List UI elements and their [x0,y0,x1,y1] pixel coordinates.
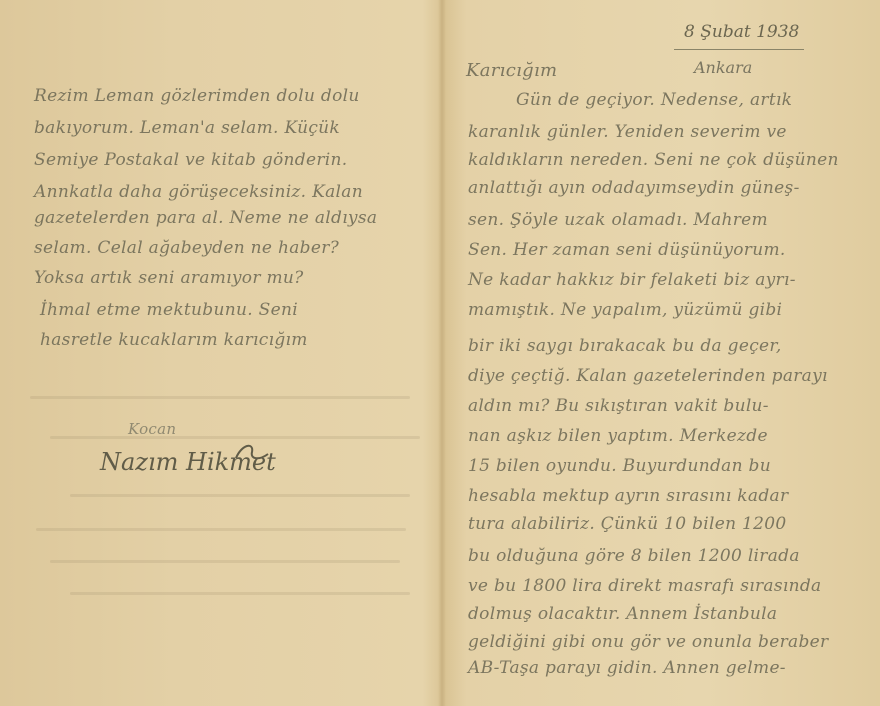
right-line-15: tura alabiliriz. Çünkü 10 bilen 1200 [468,514,787,534]
right-line-8: mamıştık. Ne yapalım, yüzümü gibi [468,300,782,320]
right-line-9: bir iki saygı bırakacak bu da geçer, [468,336,782,356]
signature-flourish-icon [232,440,270,466]
right-line-16: bu olduğuna göre 8 bilen 1200 lirada [468,546,800,566]
right-line-4: anlattığı ayın odadayımseydin güneş- [468,178,800,198]
bleed-through-line [50,436,420,439]
right-line-12: nan aşkız bilen yaptım. Merkezde [468,426,768,446]
right-line-14: hesabla mektup ayrın sırasını kadar [468,486,788,506]
right-line-13: 15 bilen oyundu. Buyurdundan bu [468,456,771,476]
bleed-through-line [36,528,406,531]
left-line-1: Rezim Leman gözlerimden dolu dolu [34,86,360,106]
salutation: Karıcığım [466,60,557,81]
left-line-7: Yoksa artık seni aramıyor mu? [34,268,304,288]
right-line-6: Sen. Her zaman seni düşünüyorum. [468,240,786,260]
left-line-4: Annkatla daha görüşeceksiniz. Kalan [34,182,363,202]
bleed-through-line [70,494,410,497]
left-line-2: bakıyorum. Leman'a selam. Küçük [34,118,340,138]
right-line-10: diye çeçtiğ. Kalan gazetelerinden parayı [468,366,828,386]
letter-place: Ankara [694,58,752,77]
left-line-6: selam. Celal ağabeyden ne haber? [34,238,339,258]
left-line-9: hasretle kucaklarım karıcığım [40,330,308,350]
right-line-2: karanlık günler. Yeniden severim ve [468,122,787,142]
bleed-through-line [30,396,410,399]
left-page: Rezim Leman gözlerimden dolu dolu bakıyo… [0,0,440,706]
closing: Kocan [128,420,176,438]
right-page: 8 Şubat 1938 Ankara Karıcığım Gün de geç… [446,0,880,706]
left-line-3: Semiye Postakal ve kitab gönderin. [34,150,347,170]
right-line-18: dolmuş olacaktır. Annem İstanbula [468,604,777,624]
date-underline [674,49,804,50]
right-line-11: aldın mı? Bu sıkıştıran vakit bulu- [468,396,769,416]
right-line-7: Ne kadar hakkız bir felaketi biz ayrı- [468,270,796,290]
letter-date: 8 Şubat 1938 [684,22,799,42]
right-line-20: AB-Taşa parayı gidin. Annen gelme- [468,658,786,678]
left-line-5: gazetelerden para al. Neme ne aldıysa [34,208,377,228]
left-line-8: İhmal etme mektubunu. Seni [40,300,298,320]
right-line-17: ve bu 1800 lira direkt masrafı sırasında [468,576,821,596]
right-line-3: kaldıkların nereden. Seni ne çok düşünen [468,150,839,170]
right-line-1: Gün de geçiyor. Nedense, artık [516,90,792,110]
right-line-5: sen. Şöyle uzak olamadı. Mahrem [468,210,768,230]
bleed-through-line [50,560,400,563]
right-line-19: geldiğini gibi onu gör ve onunla beraber [468,632,828,652]
letter-scan: Rezim Leman gözlerimden dolu dolu bakıyo… [0,0,880,706]
bleed-through-line [70,592,410,595]
